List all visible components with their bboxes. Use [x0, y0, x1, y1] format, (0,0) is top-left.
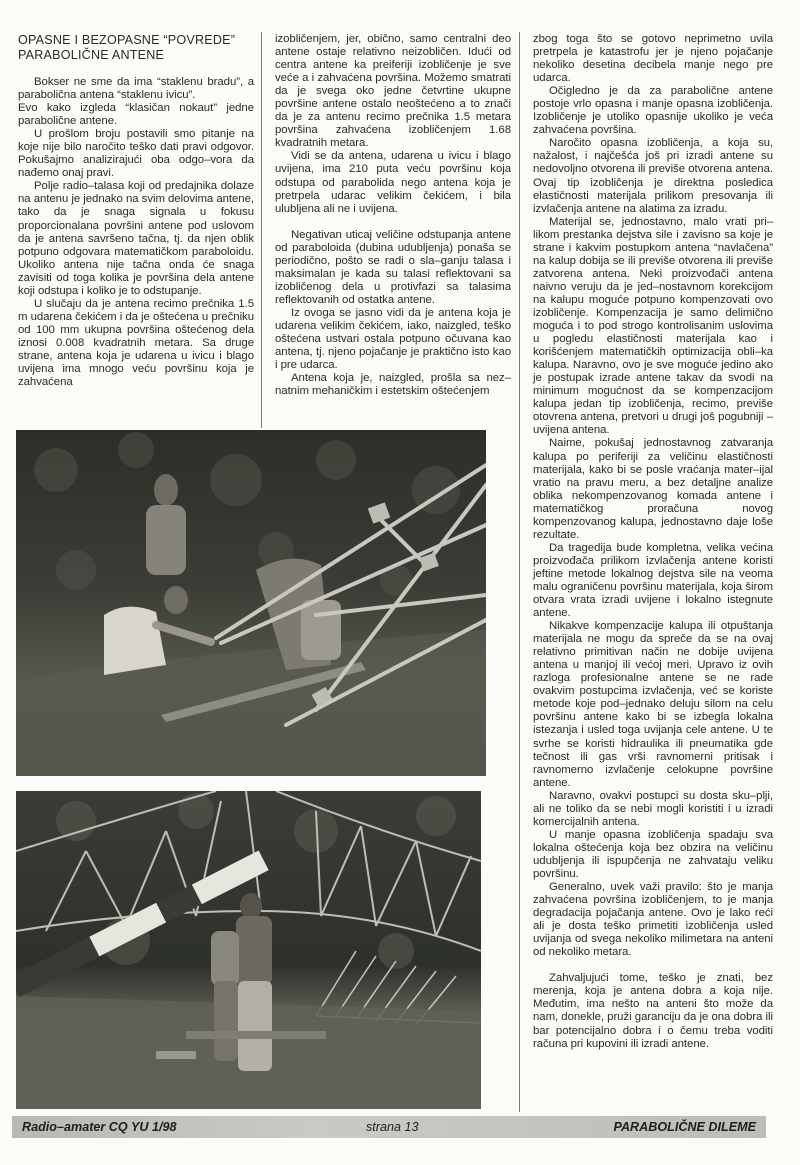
paragraph: Generalno, uvek važi pravilo: što je man…: [533, 881, 773, 959]
article-column-2: izobličenjem, jer, obično, samo centraln…: [275, 33, 511, 398]
paragraph: U prošlom broju postavili smo pitanje na…: [18, 128, 254, 180]
paragraph: Materijal se, jednostavno, malo vrati pr…: [533, 216, 773, 438]
paragraph: Nikakve kompenzacije kalupa ili otpuštan…: [533, 620, 773, 790]
paragraph: Antena koja je, naizgled, prošla sa nez–…: [275, 372, 511, 398]
column-rule-2: [519, 32, 520, 1112]
paragraph: izobličenjem, jer, obično, samo centraln…: [275, 33, 511, 150]
paragraph: Zahvaljujući tome, teško je znati, bez m…: [533, 972, 773, 1050]
paragraph: Negativan uticaj veličine odstupanja ant…: [275, 229, 511, 307]
article-column-1: OPASNE I BEZOPASNE “POVREDE” PARABOLIČNE…: [18, 33, 254, 389]
page-number: strana 13: [366, 1120, 419, 1134]
paragraph: Očigledno je da za parabolične antene po…: [533, 85, 773, 137]
article-column-3: zbog toga što se gotovo neprimetno uvila…: [533, 33, 773, 1051]
page-footer: Radio–amater CQ YU 1/98 strana 13 PARABO…: [12, 1116, 766, 1138]
article-headline: OPASNE I BEZOPASNE “POVREDE” PARABOLIČNE…: [18, 33, 254, 63]
paragraph: Bokser ne sme da ima “staklenu bradu”, a…: [18, 76, 254, 102]
paragraph: Polje radio–talasa koji od predajnika do…: [18, 180, 254, 297]
paragraph: Evo kako izgleda “klasičan nokaut” jedne…: [18, 102, 254, 128]
photo-damaged-antenna-structure: [16, 791, 481, 1109]
photo-antenna-collapse: [16, 430, 486, 776]
paragraph: Naravno, ovakvi postupci su dosta sku–pl…: [533, 790, 773, 829]
paragraph: zbog toga što se gotovo neprimetno uvila…: [533, 33, 773, 85]
paragraph: Vidi se da antena, udarena u ivicu i bla…: [275, 150, 511, 215]
paragraph: Iz ovoga se jasno vidi da je antena koja…: [275, 307, 511, 372]
paragraph: Da tragedija bude kompletna, velika veći…: [533, 542, 773, 620]
publication-title: Radio–amater CQ YU 1/98: [22, 1120, 176, 1134]
paragraph: Naročito opasna izobličenja, a koja su, …: [533, 137, 773, 215]
paragraph: U manje opasna izobličenja spadaju sva l…: [533, 829, 773, 881]
paragraph: U slučaju da je antena recimo prečnika 1…: [18, 298, 254, 389]
column-rule-1: [261, 32, 262, 428]
section-title: PARABOLIČNE DILEME: [614, 1120, 757, 1134]
paragraph: Naime, pokušaj jednostavnog zatvaranja k…: [533, 437, 773, 541]
